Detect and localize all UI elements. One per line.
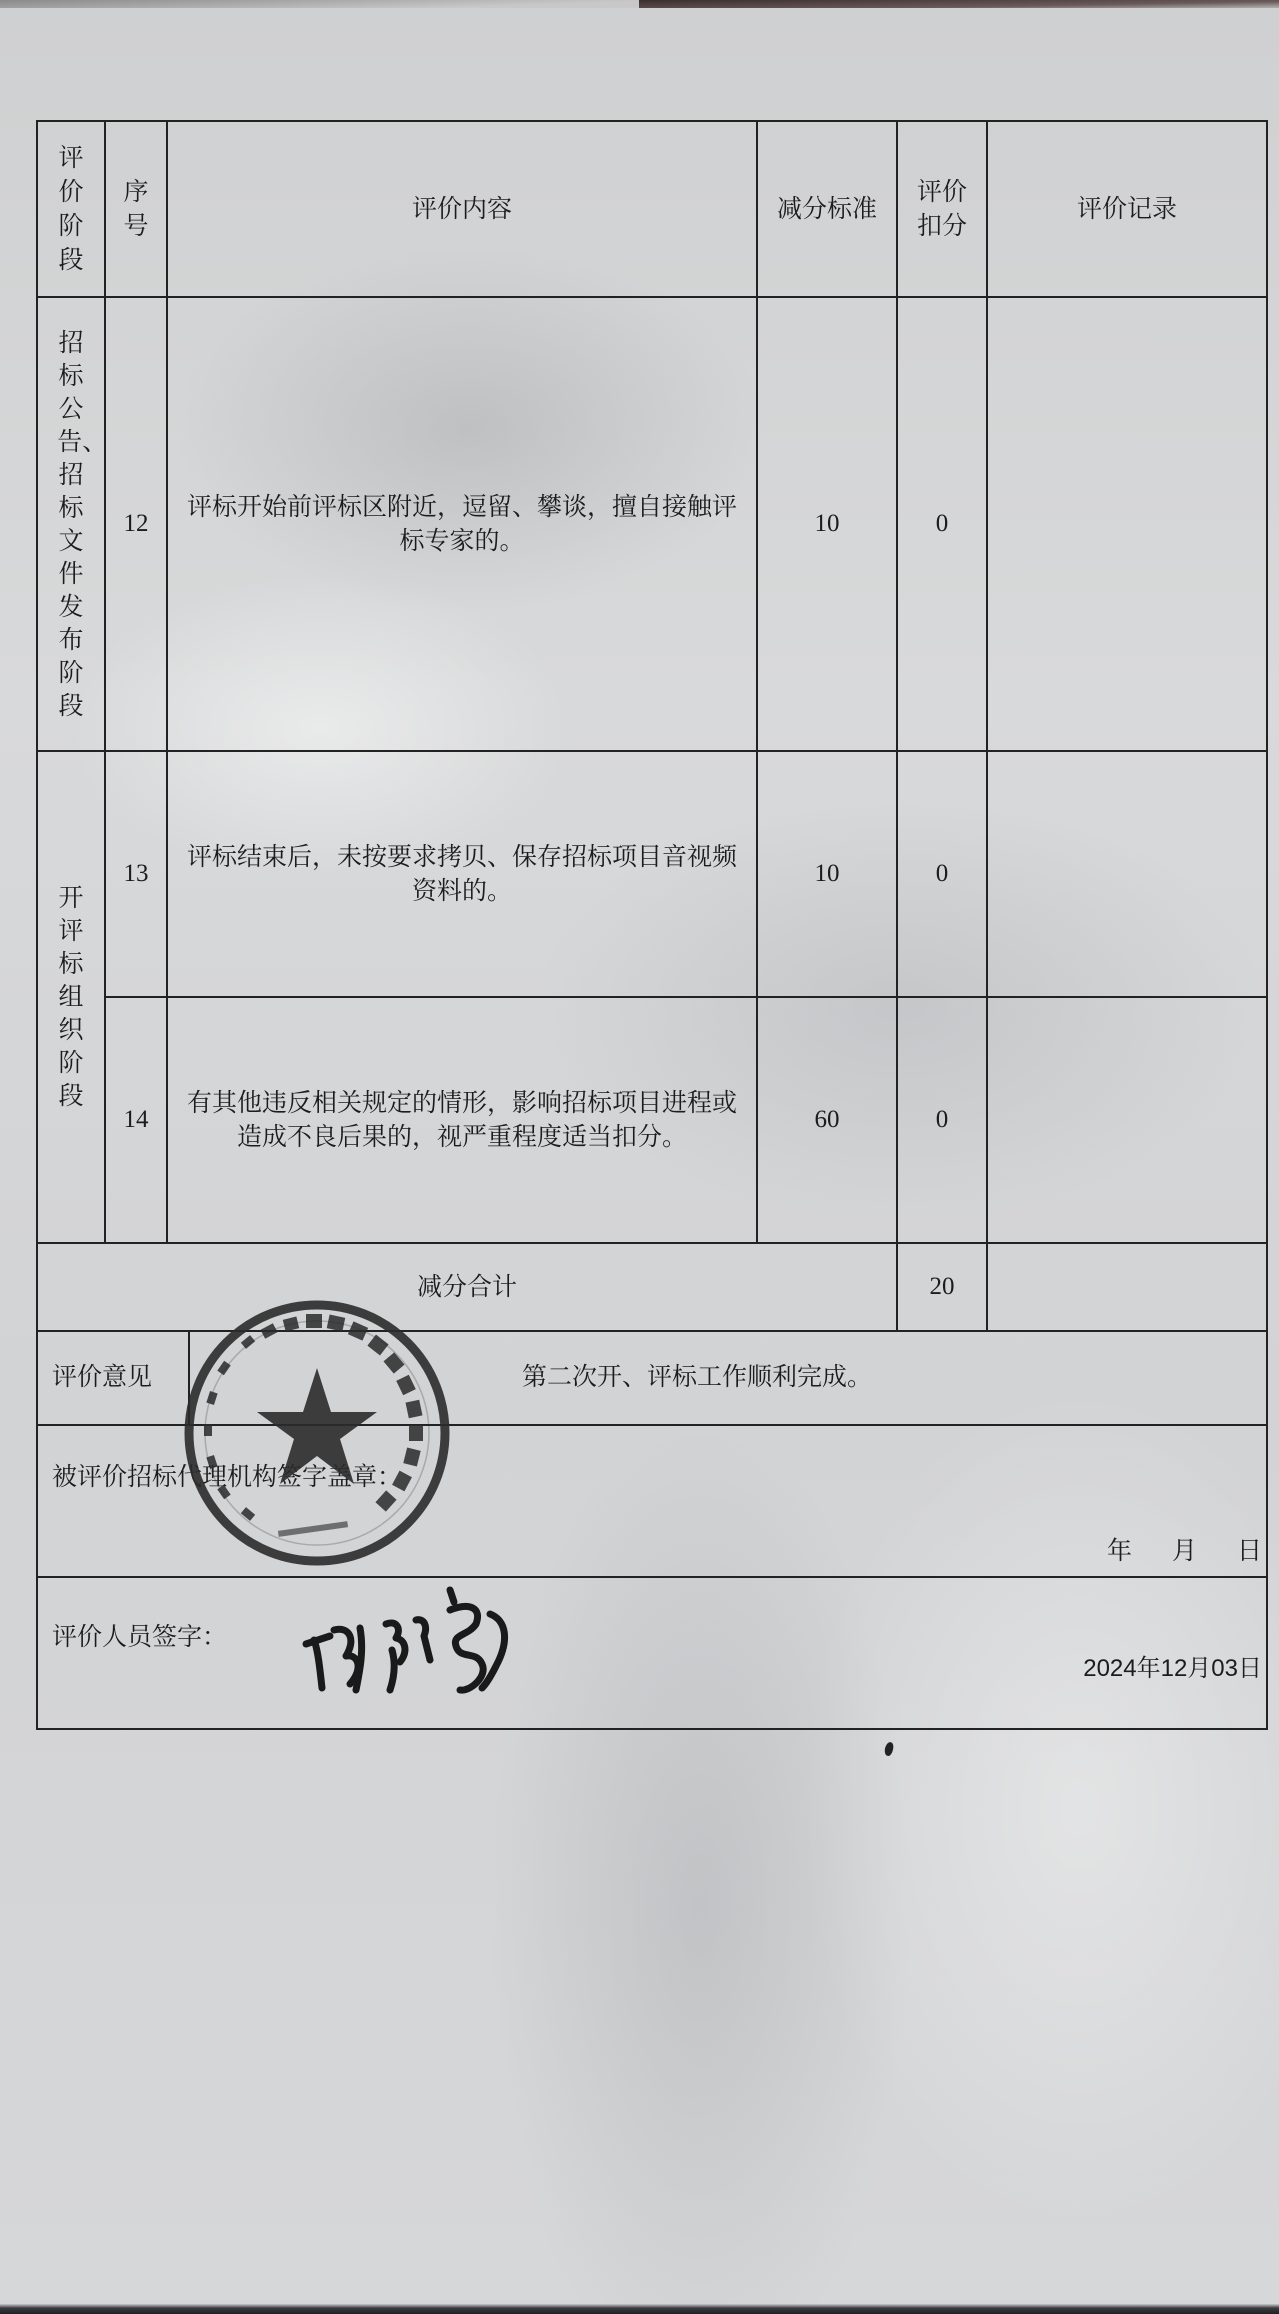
- row-content: 评标结束后，未按要求拷贝、保存招标项目音视频资料的。: [167, 751, 757, 997]
- evaluation-form-table: 评价阶段 序号 评价内容 减分标准 评价扣分 评价记录 招标公告、招标文件发布阶…: [36, 120, 1268, 1730]
- header-deduction-standard: 减分标准: [757, 121, 897, 297]
- header-seq: 序号: [105, 121, 167, 297]
- opinion-cell: 评价意见 第二次开、评标工作顺利完成。: [37, 1331, 1267, 1425]
- agency-signature-cell: 被评价招标代理机构签字盖章： 年月日: [37, 1425, 1267, 1577]
- row-record: [987, 297, 1267, 751]
- row-seq: 12: [105, 297, 167, 751]
- stage-cell: 开评标组织阶段: [37, 751, 105, 1243]
- row-record: [987, 751, 1267, 997]
- table-row: 招标公告、招标文件发布阶段 12 评标开始前评标区附近，逗留、攀谈，擅自接触评标…: [37, 297, 1267, 751]
- opinion-label: 评价意见: [52, 1360, 152, 1394]
- header-content: 评价内容: [167, 121, 757, 297]
- row-seq: 13: [105, 751, 167, 997]
- header-deduction-score: 评价扣分: [897, 121, 987, 297]
- table-row: 14 有其他违反相关规定的情形，影响招标项目进程或造成不良后果的，视严重程度适当…: [37, 997, 1267, 1243]
- evaluator-signature-row: 评价人员签字： 2024年12月03日: [37, 1577, 1267, 1729]
- opinion-row: 评价意见 第二次开、评标工作顺利完成。: [37, 1331, 1267, 1425]
- header-stage: 评价阶段: [37, 121, 105, 297]
- evaluator-signature-cell: 评价人员签字： 2024年12月03日: [37, 1577, 1267, 1729]
- row-standard: 10: [757, 297, 897, 751]
- row-deduction: 0: [897, 997, 987, 1243]
- evaluator-date: 2024年12月03日: [1083, 1652, 1262, 1686]
- opinion-divider: [188, 1332, 190, 1424]
- total-record: [987, 1243, 1267, 1331]
- agency-date: 年月日: [1067, 1534, 1262, 1568]
- row-standard: 10: [757, 751, 897, 997]
- row-record: [987, 997, 1267, 1243]
- header-record: 评价记录: [987, 121, 1267, 297]
- total-row: 减分合计 20: [37, 1243, 1267, 1331]
- row-seq: 14: [105, 997, 167, 1243]
- photo-bottom-edge: [0, 2304, 1279, 2314]
- row-content: 评标开始前评标区附近，逗留、攀谈，擅自接触评标专家的。: [167, 297, 757, 751]
- row-deduction: 0: [897, 297, 987, 751]
- table-row: 开评标组织阶段 13 评标结束后，未按要求拷贝、保存招标项目音视频资料的。 10…: [37, 751, 1267, 997]
- total-label: 减分合计: [37, 1243, 897, 1331]
- opinion-text: 第二次开、评标工作顺利完成。: [522, 1360, 872, 1394]
- total-value: 20: [897, 1243, 987, 1331]
- evaluator-signature-label: 评价人员签字：: [52, 1620, 227, 1654]
- row-deduction: 0: [897, 751, 987, 997]
- agency-signature-row: 被评价招标代理机构签字盖章： 年月日: [37, 1425, 1267, 1577]
- agency-signature-label: 被评价招标代理机构签字盖章：: [52, 1460, 402, 1494]
- stage-cell: 招标公告、招标文件发布阶段: [37, 297, 105, 751]
- row-content: 有其他违反相关规定的情形，影响招标项目进程或造成不良后果的，视严重程度适当扣分。: [167, 997, 757, 1243]
- row-standard: 60: [757, 997, 897, 1243]
- table-header-row: 评价阶段 序号 评价内容 减分标准 评价扣分 评价记录: [37, 121, 1267, 297]
